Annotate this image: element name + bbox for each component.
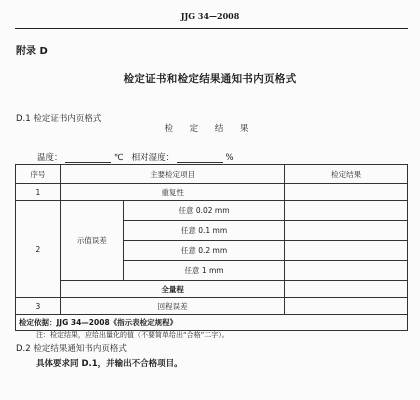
row-result-cell — [285, 221, 408, 241]
row-no: 1 — [16, 184, 61, 201]
section-d2-heading: D.2 检定结果通知书内页格式 — [16, 342, 127, 354]
table-row: 3 回程误差 — [16, 298, 408, 315]
row-result-cell — [285, 241, 408, 261]
row-no: 2 — [16, 201, 61, 298]
table-row: 全量程 — [16, 281, 408, 298]
table-header-row: 序号 主要检定项目 检定结果 — [16, 165, 408, 184]
standard-code-header: JJG 34—2008 — [0, 11, 420, 21]
row-result-cell — [285, 298, 408, 315]
table-row: 2 示值误差 任意 0.02 mm — [16, 201, 408, 221]
section-d2-body: 具体要求同 D.1，并输出不合格项目。 — [36, 357, 183, 369]
row-no: 3 — [16, 298, 61, 315]
humidity-unit: % — [226, 153, 234, 163]
results-table: 序号 主要检定项目 检定结果 1 重复性 2 示值误差 任意 0.02 mm 任… — [15, 164, 408, 331]
verification-basis: 检定依据：JJG 34—2008《指示表检定规程》 — [16, 315, 408, 331]
sub-item: 任意 0.2 mm — [123, 241, 285, 261]
sub-item: 任意 0.1 mm — [123, 221, 285, 241]
page-title: 检定证书和检定结果通知书内页格式 — [0, 71, 420, 86]
humidity-label: 相对湿度： — [132, 153, 175, 163]
header-rule — [15, 28, 408, 29]
sub-item: 任意 1 mm — [123, 261, 285, 281]
table-note: 注：检定结果，应给出量化的值（不要简单给出“合格”二字）。 — [36, 330, 229, 340]
humidity-blank — [177, 153, 223, 163]
row-result-cell — [285, 261, 408, 281]
temperature-label: 温度： — [37, 153, 63, 163]
temperature-blank — [65, 153, 111, 163]
table-row: 1 重复性 — [16, 184, 408, 201]
appendix-label: 附录 D — [16, 42, 48, 57]
row-item: 重复性 — [60, 184, 284, 201]
sub-item: 任意 0.02 mm — [123, 201, 285, 221]
row-result-cell — [285, 281, 408, 298]
header-item: 主要检定项目 — [60, 165, 284, 184]
header-result: 检定结果 — [285, 165, 408, 184]
row-item: 回程误差 — [60, 298, 284, 315]
row-result-cell — [285, 184, 408, 201]
results-subtitle: 检 定 结 果 — [0, 122, 420, 134]
environment-line: 温度： ℃ 相对湿度： % — [37, 151, 234, 163]
header-no: 序号 — [16, 165, 61, 184]
basis-row: 检定依据：JJG 34—2008《指示表检定规程》 — [16, 315, 408, 331]
sub-item: 全量程 — [60, 281, 284, 298]
temperature-unit: ℃ — [114, 153, 124, 163]
row-result-cell — [285, 201, 408, 221]
row-item: 示值误差 — [60, 201, 123, 281]
